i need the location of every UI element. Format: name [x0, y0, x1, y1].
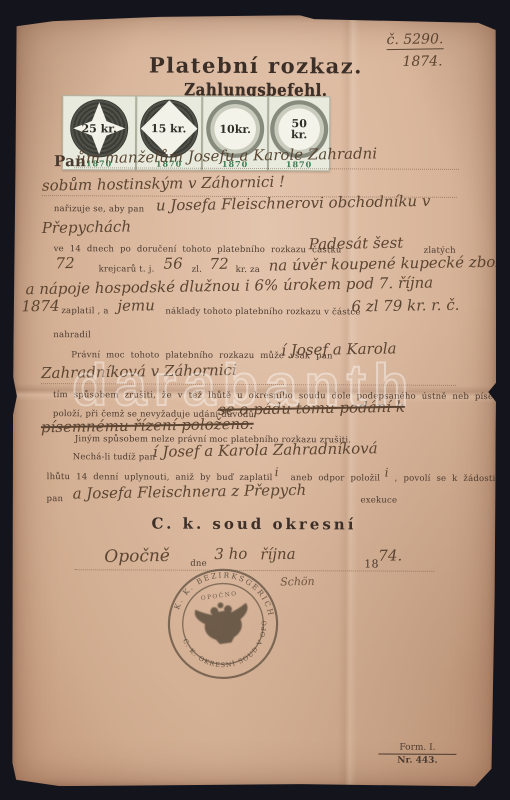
hw-kreuzer: 72 — [55, 254, 74, 272]
printed-zaplatil: zaplatil , a — [61, 306, 108, 316]
printed-povoli: , povolí se k žádosti — [395, 474, 496, 484]
hw-kr: 72 — [209, 255, 228, 273]
hw-debtors2: Zahradníková v Záhornici — [41, 361, 237, 382]
hw-jemu: jemu — [117, 296, 155, 315]
hw-prepychach: Přepychách — [42, 218, 132, 237]
hw-debtors1: í Josef a Karola — [281, 339, 397, 359]
form-nr: Nr. 443. — [378, 756, 456, 766]
hw-costs-amount: 6 zl 79 kr. r. č. — [351, 296, 459, 316]
hw-signature: Schön — [280, 575, 315, 589]
hw-day: 3 ho — [214, 545, 247, 564]
hw-debtors3: í Josef a Karola Zahradníková — [153, 439, 378, 461]
printed-krejcaru: krejcarů t. j. — [99, 264, 155, 274]
stamp-value: 10kr. — [219, 123, 251, 134]
printed-ve14: ve 14 dnech po doručení tohoto platebníh… — [54, 244, 342, 255]
printed-kr-za: kr. za — [236, 265, 260, 275]
stamp-value: 25 kr. — [81, 122, 116, 135]
stamp-value: 15 kr. — [151, 122, 186, 135]
doc-number-handwritten: č. 5290. — [386, 31, 443, 50]
hw-addressee-line1: ům manželům Josefu a Karole Zahradni — [76, 144, 377, 167]
hw-place: Opočně — [104, 546, 170, 567]
hw-plural-i-1: i — [275, 465, 279, 479]
hw-creditor2: a Josefa Fleischnera z Přepych — [72, 481, 306, 503]
stamp-round-shape: 10kr. — [214, 108, 256, 150]
svg-text:OPOČNO: OPOČNO — [200, 589, 238, 602]
form-number-block: Form. I. Nr. 443. — [378, 743, 456, 766]
hw-zl: 56 — [163, 254, 182, 272]
hw-plural-i-2: i — [385, 466, 389, 480]
form-label: Form. I. — [378, 743, 456, 753]
hw-creditor: u Josefa Fleischnerovi obchodníku v — [156, 192, 431, 215]
court-heading: C. k. soud okresní — [12, 514, 495, 534]
stamp-star-shape: 25 kr. — [73, 102, 125, 154]
stamp-value-unit: kr. — [291, 129, 307, 140]
printed-naklady: náklady tohoto platebního rozkazu v část… — [165, 307, 360, 318]
hw-debt-reason2: a nápoje hospodské dlužnou i 6% úrokem p… — [25, 274, 433, 299]
stamp-round-shape: 50 kr. — [278, 108, 320, 150]
hw-struck-text2: písemnému řízení položeno. — [41, 415, 254, 437]
printed-exekuce: exekuce — [361, 495, 398, 505]
hw-year-margin: 1874 — [21, 297, 59, 316]
printed-year-prefix: 18 — [364, 557, 378, 570]
printed-nechali: Nechá-li tudíž pan — [73, 452, 156, 462]
hw-year-suffix: 74. — [378, 546, 402, 564]
hw-amount-words: Padesát šest — [309, 234, 404, 254]
photo-background: č. 5290. 1874. Platební rozkaz. Zahlungs… — [0, 0, 510, 800]
seal-eagle-icon — [194, 599, 252, 647]
printed-pan2: pan — [47, 494, 64, 504]
printed-nahradil: nahradil — [53, 330, 91, 340]
document-sheet: č. 5290. 1874. Platební rozkaz. Zahlungs… — [11, 14, 497, 788]
document-title: Platební rozkaz. — [14, 52, 497, 79]
hw-debt-reason1: na úvěr koupené kupecké zboží — [268, 253, 508, 275]
hw-addressee-line2: sobům hostinským v Záhornici ! — [42, 173, 285, 195]
court-seal: K. K. BEZIRKSGERICHT OPOČNO C. K. OKRESN… — [157, 557, 290, 690]
printed-zl: zl. — [192, 265, 203, 275]
printed-narizuje: nařizuje se, aby pan — [54, 204, 144, 214]
